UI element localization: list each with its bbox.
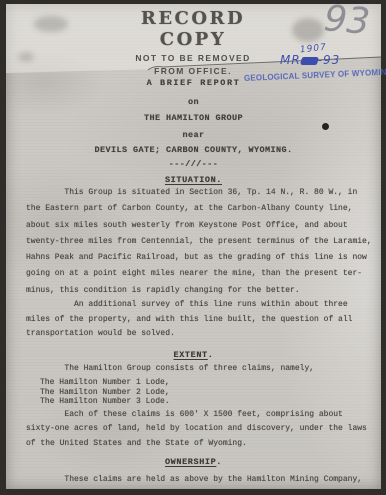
title-on: on [6, 97, 381, 107]
ownership-paragraph: These claims are held as above by the Ha… [26, 475, 362, 484]
record-copy-stamp-title: RECORD COPY [109, 8, 277, 50]
mr-code-suffix: -93 [318, 53, 341, 67]
handwritten-mr-code: MR-93 [280, 53, 340, 67]
situation-paragraph-1: This Group is situated in Section 36, Tp… [26, 185, 372, 299]
location-line: DEVILS GATE; CARBON COUNTY, WYOMING. [6, 145, 381, 155]
title-separator: ---///--- [6, 159, 381, 169]
title-near: near [6, 130, 381, 140]
record-copy-stamp-line2: NOT TO BE REMOVED [109, 53, 277, 63]
section-heading-situation: SITUATION. [6, 175, 381, 185]
extent-paragraph: Each of these claims is 600' X 1500 feet… [26, 408, 367, 451]
section-heading-extent: EXTENT. [6, 350, 381, 360]
report-title: A BRIEF REPORT [6, 78, 381, 88]
mr-code-prefix: MR [280, 53, 301, 67]
situation-paragraph-2: An additional survey of this line runs w… [26, 298, 352, 342]
section-heading-ownership: OWNERSHIP. [6, 457, 381, 467]
scanned-document: RECORD COPY NOT TO BE REMOVED FROM OFFIC… [0, 0, 386, 495]
ink-blot [299, 57, 319, 65]
pencil-smudge [18, 52, 34, 62]
pencil-smudge [34, 16, 68, 32]
claims-list: The Hamilton Number 1 Lode, The Hamilton… [40, 378, 170, 407]
handwritten-number: 93 [322, 0, 371, 43]
record-copy-stamp: RECORD COPY NOT TO BE REMOVED FROM OFFIC… [109, 8, 277, 76]
pencil-smudge [292, 18, 324, 42]
group-name: THE HAMILTON GROUP [6, 113, 381, 123]
extent-intro-line: The Hamilton Group consists of three cla… [26, 364, 314, 373]
ink-dot-mark [322, 123, 329, 130]
document-page: RECORD COPY NOT TO BE REMOVED FROM OFFIC… [6, 4, 381, 489]
